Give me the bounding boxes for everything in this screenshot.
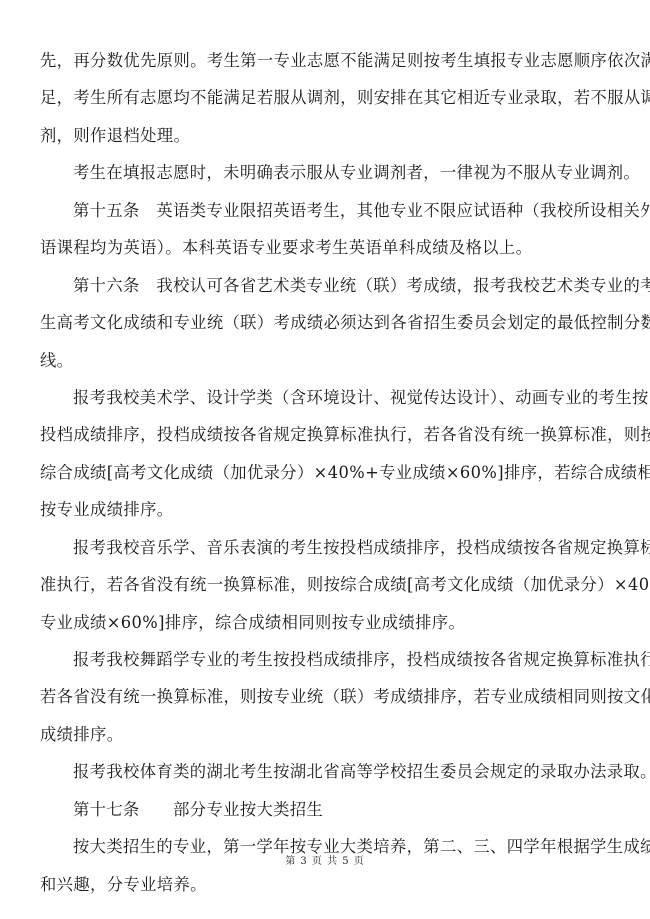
text-line: 投档成绩排序，投档成绩按各省规定换算标准执行，若各省没有统一换算标准，则按 xyxy=(40,416,612,453)
text-line: 报考我校美术学、设计学类（含环境设计、视觉传达设计）、动画专业的考生按 xyxy=(40,379,612,416)
article-15-heading-line: 第十五条 英语类专业限招英语考生，其他专业不限应试语种（我校所设相关外 xyxy=(40,192,612,229)
text-line: 若各省没有统一换算标准，则按专业统（联）考成绩排序，若专业成绩相同则按文化 xyxy=(40,678,612,715)
text-line: 报考我校舞蹈学专业的考生按投档成绩排序，投档成绩按各省规定换算标准执行， xyxy=(40,641,612,678)
text-line: 和兴趣，分专业培养。 xyxy=(40,866,612,903)
text-line: 语课程均为英语）。本科英语专业要求考生英语单科成绩及格以上。 xyxy=(40,229,612,266)
text-line: 按专业成绩排序。 xyxy=(40,491,612,528)
text-line: 综合成绩[高考文化成绩（加优录分）×40%+专业成绩×60%]排序，若综合成绩相… xyxy=(40,454,612,491)
article-17-heading-line: 第十七条 部分专业按大类招生 xyxy=(40,791,612,828)
text-line: 成绩排序。 xyxy=(40,716,612,753)
text-line: 准执行，若各省没有统一换算标准，则按综合成绩[高考文化成绩（加优录分）×40%+ xyxy=(40,566,612,603)
text-line: 生高考文化成绩和专业统（联）考成绩必须达到各省招生委员会划定的最低控制分数 xyxy=(40,304,612,341)
text-line: 先，再分数优先原则。考生第一专业志愿不能满足则按考生填报专业志愿顺序依次满 xyxy=(40,42,612,79)
page-number-footer: 第 3 页 共 5 页 xyxy=(0,852,650,867)
text-line: 足，考生所有志愿均不能满足若服从调剂，则安排在其它相近专业录取，若不服从调 xyxy=(40,79,612,116)
text-line: 剂，则作退档处理。 xyxy=(40,117,612,154)
article-16-heading-line: 第十六条 我校认可各省艺术类专业统（联）考成绩，报考我校艺术类专业的考 xyxy=(40,267,612,304)
text-line: 报考我校音乐学、音乐表演的考生按投档成绩排序，投档成绩按各省规定换算标 xyxy=(40,529,612,566)
text-line: 报考我校体育类的湖北考生按湖北省高等学校招生委员会规定的录取办法录取。 xyxy=(40,753,612,790)
document-body: 先，再分数优先原则。考生第一专业志愿不能满足则按考生填报专业志愿顺序依次满 足，… xyxy=(40,42,612,903)
text-line: 线。 xyxy=(40,342,612,379)
text-line: 考生在填报志愿时，未明确表示服从专业调剂者，一律视为不服从专业调剂。 xyxy=(40,154,612,191)
text-line: 专业成绩×60%]排序，综合成绩相同则按专业成绩排序。 xyxy=(40,604,612,641)
